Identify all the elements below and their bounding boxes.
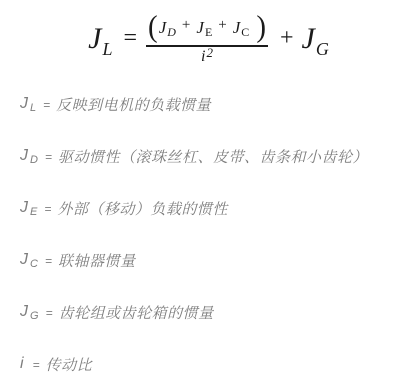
equals-sign: = <box>123 25 137 52</box>
term-base: J <box>20 148 28 164</box>
term-subscript: E <box>30 206 37 218</box>
definition-row-jl: JL = 反映到电机的负载惯量 <box>20 94 393 114</box>
equals-sign: = <box>43 98 50 112</box>
term-base: J <box>20 304 28 320</box>
plus-sign: + <box>218 18 226 33</box>
formula-rhs-subscript: G <box>316 39 329 59</box>
denominator-base: i <box>201 48 205 65</box>
term-jd-subscript: D <box>167 26 176 38</box>
definition-text: 反映到电机的负载惯量 <box>56 94 211 115</box>
equals-sign: = <box>45 150 52 164</box>
definition-text: 驱动惯性（滚珠丝杠、皮带、齿条和小齿轮） <box>58 146 368 167</box>
formula-lhs-base: J <box>88 22 101 55</box>
equals-sign: = <box>33 358 40 372</box>
term-base: J <box>20 252 28 268</box>
definition-row-jd: JD = 驱动惯性（滚珠丝杠、皮带、齿条和小齿轮） <box>20 146 393 166</box>
equals-sign: = <box>46 306 53 320</box>
equals-sign: = <box>45 254 52 268</box>
definition-row-jg: JG = 齿轮组或齿轮箱的惯量 <box>20 302 393 322</box>
term-je-base: J <box>196 19 204 36</box>
term-subscript: D <box>30 154 38 166</box>
inertia-formula-page: JL = ( JD + JE + JC ) i2 + JG JL = 反映到电机… <box>0 0 393 376</box>
equals-sign: = <box>44 202 51 216</box>
term-base: J <box>20 200 28 216</box>
definition-row-i: i = 传动比 <box>20 354 393 374</box>
term-jc-subscript: C <box>241 26 249 38</box>
term-subscript: G <box>30 310 39 322</box>
fraction: ( JD + JE + JC ) i2 <box>146 13 268 65</box>
fraction-denominator: i2 <box>201 47 213 65</box>
fraction-numerator: ( JD + JE + JC ) <box>146 13 268 45</box>
term-jc-base: J <box>233 19 241 36</box>
term-subscript: L <box>30 102 36 114</box>
formula-rhs-base: J <box>302 22 315 55</box>
denominator-exponent: 2 <box>206 45 213 60</box>
definition-text: 外部（移动）负载的惯性 <box>57 198 228 219</box>
formula-lhs-jl: JL <box>88 24 112 54</box>
term-subscript: C <box>30 258 38 270</box>
term-base: J <box>20 96 28 112</box>
definition-text: 齿轮组或齿轮箱的惯量 <box>59 302 214 323</box>
load-inertia-equation: JL = ( JD + JE + JC ) i2 + JG <box>12 0 393 74</box>
formula-rhs-jg: JG <box>302 24 329 54</box>
term-jd-base: J <box>159 19 167 36</box>
definitions-list: JL = 反映到电机的负载惯量 JD = 驱动惯性（滚珠丝杠、皮带、齿条和小齿轮… <box>0 94 393 374</box>
definition-text: 联轴器惯量 <box>58 250 136 271</box>
open-paren: ( <box>148 12 158 42</box>
definition-row-je: JE = 外部（移动）负载的惯性 <box>20 198 393 218</box>
plus-sign: + <box>182 18 190 33</box>
term-je-subscript: E <box>205 26 212 38</box>
formula-lhs-subscript: L <box>102 39 112 59</box>
close-paren: ) <box>256 12 266 42</box>
term-base: i <box>20 356 24 372</box>
definition-row-jc: JC = 联轴器惯量 <box>20 250 393 270</box>
definition-text: 传动比 <box>46 354 93 375</box>
plus-sign: + <box>280 25 294 52</box>
